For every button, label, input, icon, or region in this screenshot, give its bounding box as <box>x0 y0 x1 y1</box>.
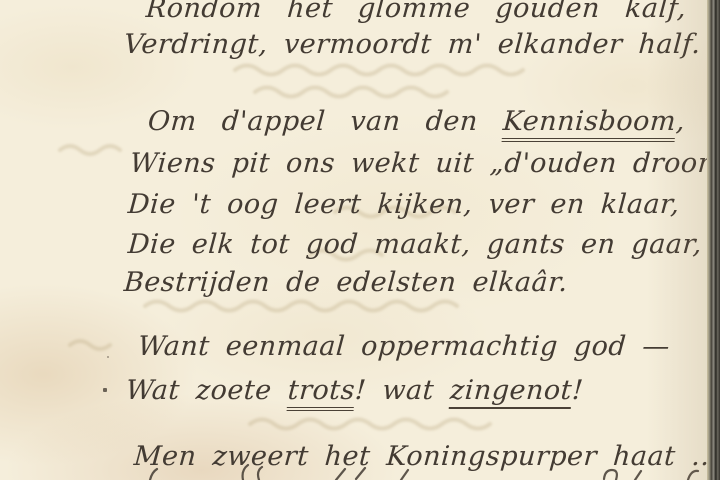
line-text: Die 't oog leert kijken, ver en klaar, <box>127 189 681 220</box>
poem-line-7: Bestrijden de edelsten elkaâr. <box>123 267 569 298</box>
line-text: Wat zoete <box>125 375 289 406</box>
underlined-word-kennisboom: Kennisboom <box>502 106 678 142</box>
underlined-word-trots: trots <box>286 375 356 411</box>
poem-line-9: Wat zoete trots! wat zingenot! <box>125 375 585 406</box>
poem-line-10: Men zweert het Koningspurper haat ... <box>133 441 720 472</box>
line-text: Rondom het glomme gouden kalf, <box>145 0 687 24</box>
line-text: Die elk tot god maakt, gants en gaar, <box>127 229 703 260</box>
line-text: Men zweert het Koningspurper haat ... <box>133 441 720 472</box>
line-text: , <box>675 106 686 137</box>
poem-line-3: Om d'appel van den Kennisboom, <box>147 106 686 137</box>
line-text: Bestrijden de edelsten elkaâr. <box>123 267 569 298</box>
poem-line-5: Die 't oog leert kijken, ver en klaar, <box>127 189 681 220</box>
poem-line-8: Want eenmaal oppermachtig god — <box>137 331 671 362</box>
underlined-word-zingenot: zingenot <box>449 375 573 409</box>
ink-dot <box>107 356 109 358</box>
poem-line-4: Wiens pit ons wekt uit „d'ouden droom”; <box>129 148 720 179</box>
poem-line-1: Rondom het glomme gouden kalf, <box>145 0 687 24</box>
line-text: Verdringt, vermoordt m' elkander half. <box>123 29 702 60</box>
line-text: Want eenmaal oppermachtig god — <box>137 331 671 362</box>
manuscript-page: Rondom het glomme gouden kalf, Verdringt… <box>0 0 720 480</box>
line-text: Wiens pit ons wekt uit „d'ouden droom”; <box>129 148 720 179</box>
binding-edge <box>707 0 720 480</box>
poem-line-2: Verdringt, vermoordt m' elkander half. <box>123 29 702 60</box>
ink-dot <box>103 388 107 392</box>
line-text: ! wat <box>354 375 451 406</box>
poem-line-6: Die elk tot god maakt, gants en gaar, <box>127 229 703 260</box>
line-text: ! <box>571 375 585 406</box>
line-text: Om d'appel van den <box>147 106 504 137</box>
